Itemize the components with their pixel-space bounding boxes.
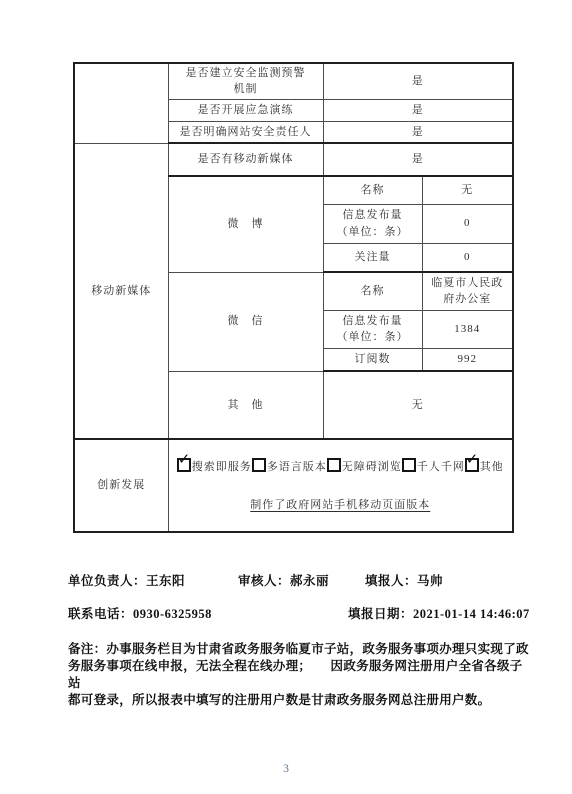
checkbox-icon: ✓ [252, 458, 266, 472]
table-row: 创新发展 ✓搜索即服务✓多语言版本✓无障碍浏览✓千人千网✓其他 制作了政府网站手… [74, 439, 513, 532]
checkbox-icon: ✓ [327, 458, 341, 472]
checkbox-icon: ✓ [465, 458, 479, 472]
row-value: 临夏市人民政 府办公室 [422, 272, 513, 310]
section-label-mobile-media: 移动新媒体 [74, 143, 168, 439]
group-label-other: 其 他 [168, 371, 323, 439]
field-value: 王东阳 [146, 574, 185, 588]
field-label: 单位负责人： [68, 574, 146, 588]
innovation-checkbox-line: ✓搜索即服务✓多语言版本✓无障碍浏览✓千人千网✓其他 [171, 458, 511, 476]
field-value: 马帅 [417, 574, 443, 588]
field-filler: 填报人：马帅 [365, 571, 443, 589]
checkbox-label: 其他 [480, 461, 504, 473]
field-label: 联系电话： [68, 607, 133, 621]
table-row: 是否建立安全监测预警 机制 是 [74, 63, 513, 99]
row-label: 关注量 [323, 243, 422, 272]
row-label: 是否建立安全监测预警 机制 [168, 63, 323, 99]
row-value: 无 [422, 176, 513, 204]
remark-paragraph: 备注：办事服务栏目为甘肃省政务服务临夏市子站，政务服务事项办理只实现了政 务服务… [68, 641, 530, 709]
field-label: 填报日期： [348, 607, 413, 621]
checkbox-label: 无障碍浏览 [342, 461, 402, 473]
row-value: 992 [422, 348, 513, 371]
field-responsible-person: 单位负责人：王东阳 [68, 571, 185, 589]
field-reviewer: 审核人：郝永丽 [238, 571, 329, 589]
checkbox-label: 多语言版本 [267, 461, 327, 473]
field-value: 2021-01-14 14:46:07 [413, 607, 530, 621]
row-label: 名称 [323, 272, 422, 310]
report-table: 是否建立安全监测预警 机制 是 是否开展应急演练 是 是否明确网站安全责任人 是… [73, 62, 514, 533]
group-label-wechat: 微 信 [168, 272, 323, 371]
checkbox-icon: ✓ [402, 458, 416, 472]
row-label: 名称 [323, 176, 422, 204]
page-number: 3 [0, 761, 572, 776]
field-value: 郝永丽 [290, 574, 329, 588]
section-label-innovation: 创新发展 [74, 439, 168, 532]
field-report-date: 填报日期：2021-01-14 14:46:07 [348, 604, 530, 622]
innovation-other-note: 制作了政府网站手机移动页面版本 [171, 497, 511, 514]
row-label: 信息发布量 （单位：条） [323, 310, 422, 348]
row-label: 订阅数 [323, 348, 422, 371]
row-label: 是否有移动新媒体 [168, 143, 323, 176]
row-value: 是 [323, 143, 513, 176]
table-row: 移动新媒体 是否有移动新媒体 是 [74, 143, 513, 176]
field-value: 0930-6325958 [133, 607, 212, 621]
row-label: 是否开展应急演练 [168, 99, 323, 121]
check-mark-icon: ✓ [466, 452, 480, 467]
field-contact-phone: 联系电话：0930-6325958 [68, 604, 212, 622]
row-label: 是否明确网站安全责任人 [168, 121, 323, 143]
report-page: 是否建立安全监测预警 机制 是 是否开展应急演练 是 是否明确网站安全责任人 是… [0, 0, 572, 794]
section-label-empty-cell [74, 63, 168, 143]
row-value: 1384 [422, 310, 513, 348]
row-label: 信息发布量 （单位：条） [323, 204, 422, 243]
row-value: 是 [323, 63, 513, 99]
field-label: 审核人： [238, 574, 290, 588]
row-value: 是 [323, 99, 513, 121]
row-value: 0 [422, 243, 513, 272]
check-mark-icon: ✓ [178, 452, 192, 467]
checkbox-label: 搜索即服务 [192, 461, 252, 473]
checkbox-icon: ✓ [177, 458, 191, 472]
field-label: 填报人： [365, 574, 417, 588]
checkbox-label: 千人千网 [417, 461, 465, 473]
group-label-weibo: 微 博 [168, 176, 323, 272]
row-value: 是 [323, 121, 513, 143]
row-value: 无 [323, 371, 513, 439]
row-value: 0 [422, 204, 513, 243]
innovation-cell: ✓搜索即服务✓多语言版本✓无障碍浏览✓千人千网✓其他 制作了政府网站手机移动页面… [168, 439, 513, 532]
